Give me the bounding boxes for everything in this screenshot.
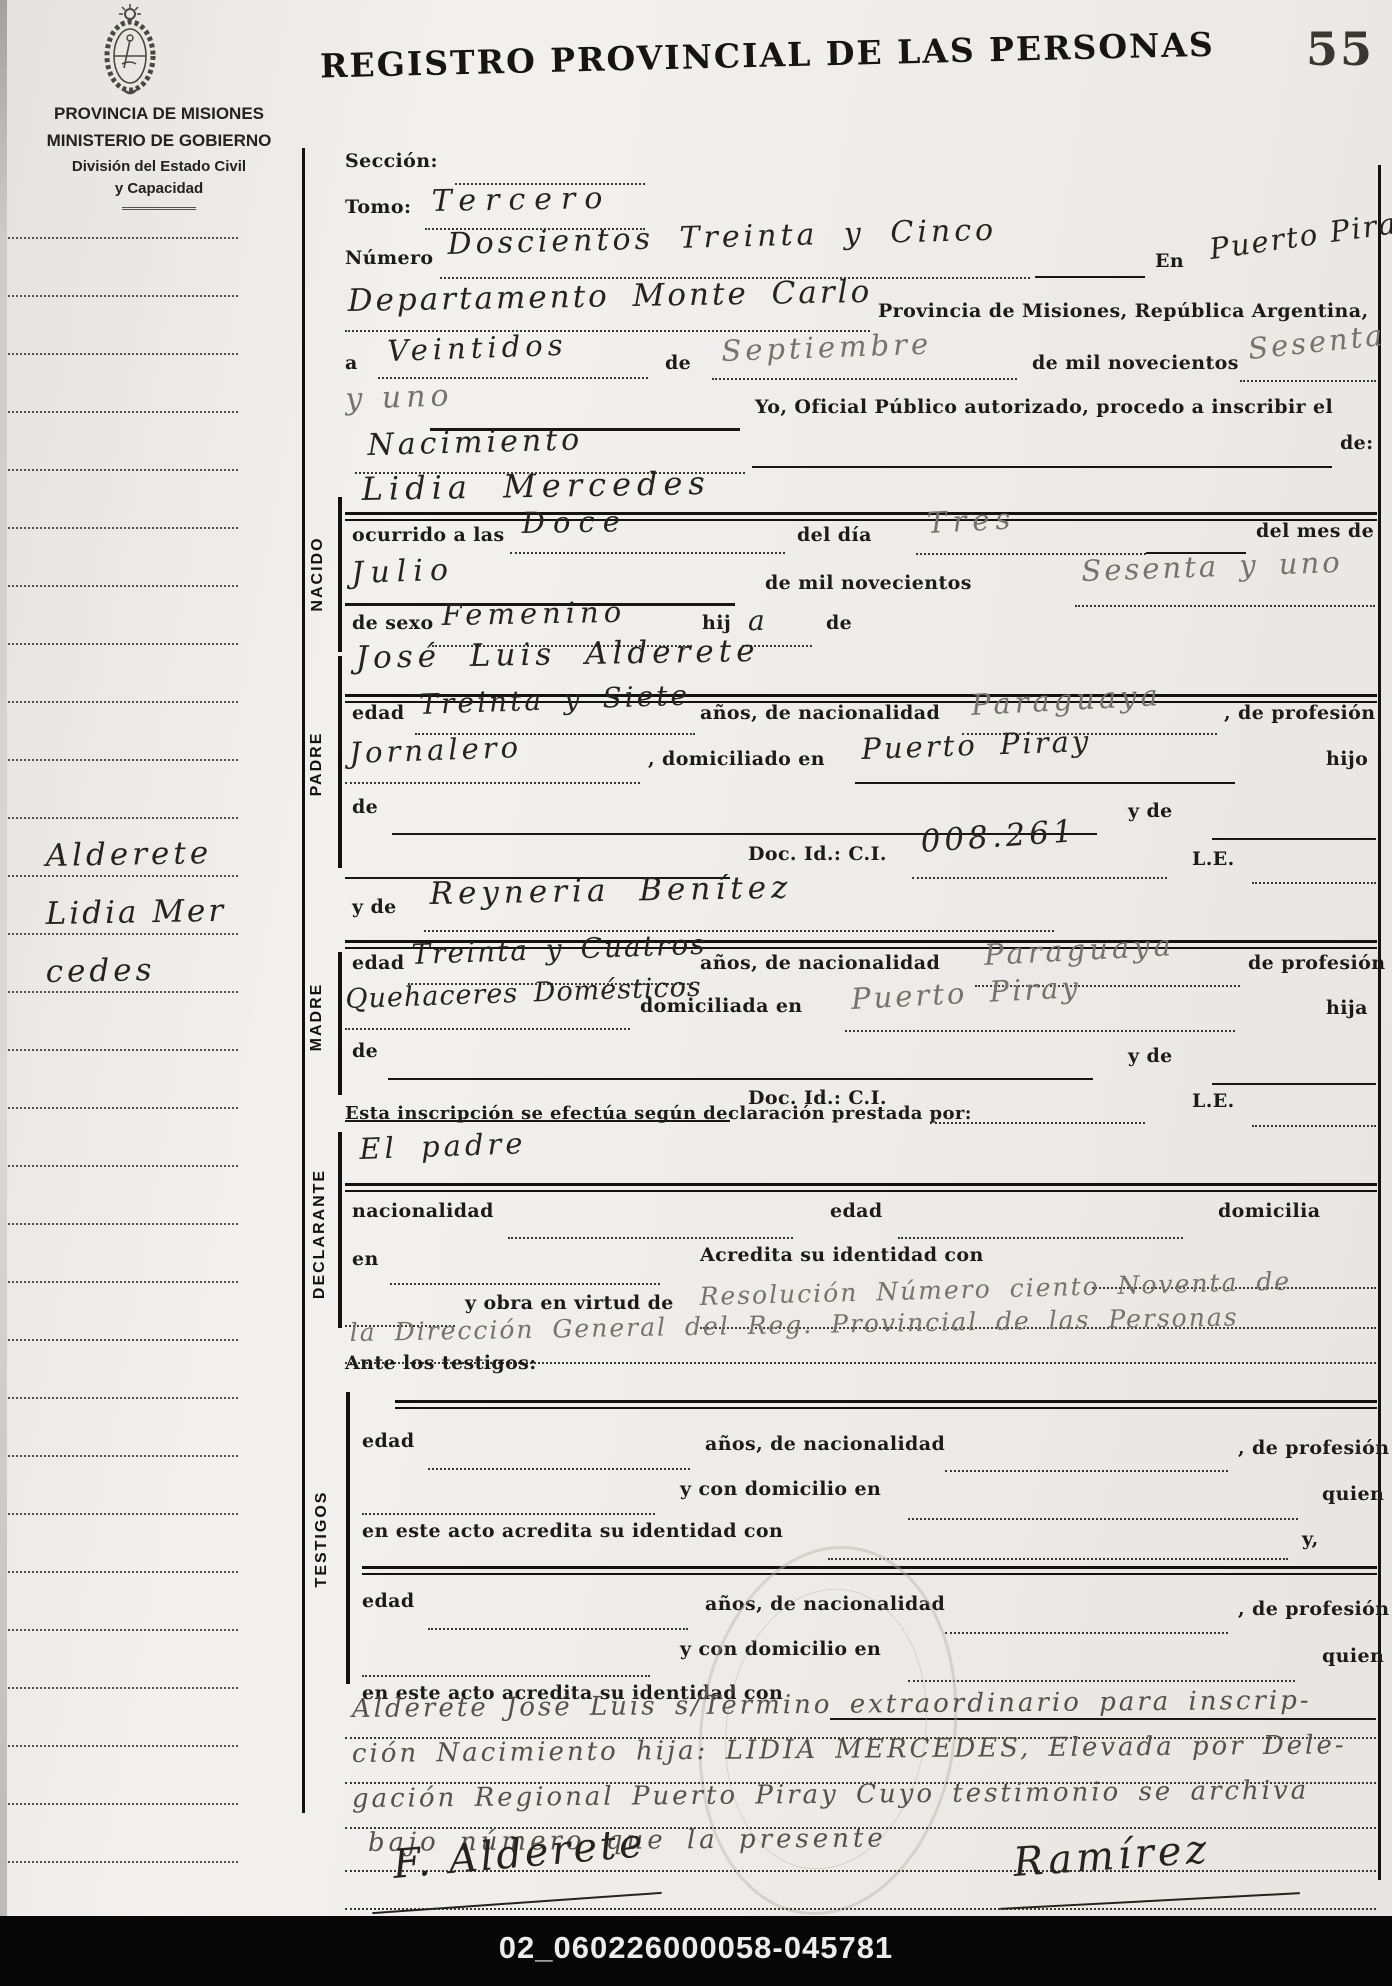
- declarante-edad-label: edad: [830, 1200, 883, 1222]
- padre-yde-label: y de: [1128, 800, 1173, 822]
- field-departamento-value: Departamento Monte Carlo: [347, 274, 872, 319]
- field-oficial-label: Yo, Oficial Público autorizado, procedo …: [755, 396, 1333, 418]
- blank-testigo1-edad: [428, 1468, 690, 1470]
- testigo1-nacionalidad-label: años, de nacionalidad: [705, 1433, 945, 1455]
- margin-dotted-line: [8, 1397, 238, 1399]
- signature-declarant-flourish: [372, 1892, 661, 1914]
- declarante-intro-label: Esta inscripción se efectúa según declar…: [345, 1103, 972, 1124]
- blank-mes: [712, 378, 1017, 380]
- blank-anio-nac: [1075, 605, 1375, 607]
- madre-section-label: MADRE: [308, 972, 326, 1062]
- testigo2-profesion-label: , de profesión: [1238, 1598, 1389, 1620]
- nacido-sexo-label: de sexo: [352, 612, 434, 634]
- blank-testigo1-nacionalidad: [945, 1470, 1228, 1472]
- field-acto-value: Nacimiento: [367, 422, 584, 463]
- padre-docid-label: Doc. Id.: C.I.: [748, 843, 887, 865]
- testigos-intro-label: Ante los testigos:: [345, 1352, 537, 1374]
- testigo1-y-label: y,: [1302, 1528, 1319, 1550]
- margin-dotted-line: [8, 1281, 238, 1283]
- declarante-section-label: DECLARANTE: [311, 1159, 329, 1309]
- field-seccion-label: Sección:: [345, 150, 438, 172]
- blank-testigo1-profesion: [362, 1513, 655, 1515]
- scan-footer-bar: 02_060226000058-045781: [0, 1916, 1392, 1986]
- sidebar-org-line1: PROVINCIA DE MISIONES: [14, 104, 304, 124]
- margin-dotted-line: [8, 991, 238, 993]
- field-numero-label: Número: [345, 247, 433, 269]
- margin-dotted-line: [8, 875, 238, 877]
- padre-section-label: PADRE: [308, 719, 326, 809]
- blank-testigo2-edad: [428, 1628, 688, 1630]
- form-right-border: [1378, 165, 1381, 1880]
- margin-dotted-line: [8, 353, 238, 355]
- blank-testigo2-profesion: [362, 1675, 650, 1677]
- margin-dotted-line: [8, 295, 238, 297]
- padre-nombre-value: José Luis Alderete: [355, 633, 759, 676]
- margin-dotted-line: [8, 1223, 238, 1225]
- declarante-domicilia-label: domicilia: [1218, 1200, 1320, 1222]
- field-nombre-value: Lidia Mercedes: [361, 464, 711, 508]
- testigo1-acredita-label: en este acto acredita su identidad con: [362, 1520, 783, 1542]
- field-a-label: a: [345, 352, 358, 374]
- declarante-virtud-label: y obra en virtud de: [465, 1292, 674, 1314]
- field-dia-value: Veintidos: [387, 328, 568, 368]
- rule-testigo1-nombre: [395, 1400, 1377, 1409]
- nacido-mes-value: Julio: [351, 552, 456, 591]
- field-anio2-value: y uno: [345, 378, 454, 417]
- field-numero-value: Doscientos Treinta y Cinco: [447, 213, 997, 262]
- field-tomo-label: Tomo:: [345, 196, 411, 218]
- form-left-border: [302, 148, 305, 1813]
- madre-domicilio-label: domiciliada en: [640, 995, 803, 1017]
- madre-yde2-label: y de: [1128, 1045, 1173, 1067]
- margin-dotted-line: [8, 933, 238, 935]
- nacido-ocurrido-label: ocurrido a las: [352, 524, 505, 546]
- margin-note-name2: cedes: [45, 952, 155, 990]
- field-tomo-value: Tercero: [431, 181, 611, 219]
- blank-testigo2-nacionalidad: [945, 1632, 1228, 1634]
- padre-domicilio-label: , domiciliado en: [648, 748, 825, 770]
- field-de-label-1: de: [665, 352, 691, 374]
- nacido-hij-label: hij: [702, 612, 731, 634]
- padre-nacionalidad-value: Paraguaya: [970, 678, 1162, 722]
- sidebar-org-line2: MINISTERIO DE GOBIERNO: [14, 131, 304, 151]
- margin-note-surname: Alderete: [45, 835, 212, 874]
- blank-madre-nombre: [424, 930, 1054, 932]
- madre-nacionalidad-value: Paraguaya: [983, 928, 1175, 972]
- madre-nacionalidad-label: años, de nacionalidad: [700, 952, 940, 974]
- nacido-sexo-value: Femenino: [441, 595, 626, 632]
- madre-nombre-value: Reyneria Benítez: [429, 870, 792, 912]
- blank-madre-profesion: [345, 1028, 630, 1030]
- margin-dotted-line: [8, 237, 238, 239]
- padre-section-bar: [338, 656, 342, 868]
- blank-anio: [1240, 380, 1376, 382]
- margin-dotted-line: [8, 817, 238, 819]
- field-anio-value: Sesenta: [1246, 318, 1387, 366]
- argentina-coat-of-arms: [88, 2, 172, 103]
- testigo1-edad-label: edad: [362, 1430, 415, 1452]
- nacido-section-label: NACIDO: [309, 524, 327, 624]
- blank-testigo1-domicilio: [908, 1518, 1298, 1520]
- folio-number: 55: [1306, 22, 1374, 76]
- blank-declarante-nacionalidad: [508, 1237, 793, 1239]
- testigo2-edad-label: edad: [362, 1590, 415, 1612]
- field-mes-value: Septiembre: [721, 327, 933, 368]
- scan-edge-shadow: [0, 0, 7, 1986]
- margin-dotted-line: [8, 527, 238, 529]
- page-title: REGISTRO PROVINCIAL DE LAS PERSONAS: [320, 29, 1021, 85]
- rule-declarante: [345, 1183, 1377, 1192]
- madre-hija-label: hija: [1326, 997, 1368, 1019]
- madre-edad-label: edad: [352, 952, 405, 974]
- margin-dotted-line: [8, 1165, 238, 1167]
- madre-profesion-label: de profesión: [1248, 952, 1385, 974]
- padre-edad-value: Treinta y Siete: [419, 679, 691, 721]
- blank-padre-ci: [912, 877, 1167, 879]
- testigos-section-label: TESTIGOS: [313, 1479, 331, 1599]
- field-provincia-label: Provincia de Misiones, República Argenti…: [878, 300, 1368, 322]
- rule-padre-abuelo2: [1212, 838, 1376, 840]
- margin-dotted-line: [8, 1803, 238, 1805]
- padre-profesion-label: , de profesión: [1224, 702, 1375, 724]
- nacido-deldia-label: del día: [797, 524, 872, 546]
- margin-dotted-line: [8, 1049, 238, 1051]
- scan-reference-code: 02_060226000058-045781: [0, 1930, 1392, 1966]
- testigo1-profesion-label: , de profesión: [1238, 1437, 1389, 1459]
- madre-yde-label: y de: [352, 896, 397, 918]
- blank-madre-domicilio: [845, 1030, 1235, 1032]
- rule-madre-abuelo2: [1212, 1083, 1376, 1085]
- margin-dotted-line: [8, 701, 238, 703]
- margin-dotted-line: [8, 759, 238, 761]
- blank-padre-profesion: [345, 782, 640, 784]
- rule-madre-abuelo1: [388, 1078, 1093, 1080]
- blank-declarante-edad: [898, 1237, 1183, 1239]
- annotation-rule5: [345, 1908, 1376, 1910]
- nacido-dia-value: Tres: [926, 501, 1017, 540]
- declarante-acredita-label: Acredita su identidad con: [700, 1244, 984, 1266]
- rule-numero: [1035, 276, 1145, 278]
- blank-hora: [510, 552, 785, 554]
- nacido-delmes-label: del mes de: [1256, 520, 1374, 542]
- sidebar-underline-ornament: [122, 207, 196, 210]
- margin-dotted-line: [8, 469, 238, 471]
- rule-acto: [752, 466, 1332, 468]
- blank-testigo1-acredita: [828, 1558, 1288, 1560]
- nacido-de-label: de: [826, 612, 852, 634]
- madre-section-bar: [338, 952, 342, 1095]
- field-demil-label: de mil novecientos: [1032, 352, 1239, 374]
- margin-dotted-line: [8, 411, 238, 413]
- testigo1-quien-label: quien: [1322, 1483, 1384, 1505]
- margin-dotted-line: [8, 1687, 238, 1689]
- margin-dotted-line: [8, 585, 238, 587]
- margin-dotted-line: [8, 643, 238, 645]
- field-lugar-value: Puerto Piray: [1207, 203, 1392, 266]
- testigos-section-bar: [346, 1392, 350, 1684]
- padre-nacionalidad-label: años, de nacionalidad: [700, 702, 940, 724]
- signature-official: Ramírez: [1012, 1826, 1212, 1886]
- blank-testigo2-domicilio: [908, 1680, 1295, 1682]
- declarante-section-bar: [338, 1132, 342, 1328]
- nacido-hora-value: Doce: [521, 504, 628, 540]
- madre-le-label: L.E.: [1192, 1090, 1235, 1112]
- sidebar-org-line3: División del Estado Civil: [14, 158, 304, 175]
- margin-dotted-line: [8, 1455, 238, 1457]
- declarante-en-label: en: [352, 1248, 379, 1270]
- margin-dotted-line: [8, 1339, 238, 1341]
- margin-dotted-line: [8, 1571, 238, 1573]
- padre-profesion-value: Jornalero: [349, 730, 523, 770]
- padre-de-label: de: [352, 796, 378, 818]
- testigo1-domicilio-label: y con domicilio en: [680, 1478, 881, 1500]
- margin-note-name1: Lidia Mer: [45, 893, 226, 932]
- sidebar-org-line4: y Capacidad: [14, 180, 304, 197]
- testigo2-quien-label: quien: [1322, 1645, 1384, 1667]
- margin-dotted-line: [8, 1107, 238, 1109]
- margin-dotted-line: [8, 1745, 238, 1747]
- rule-padre-domicilio: [855, 782, 1235, 784]
- blank-madre-le: [1252, 1125, 1376, 1127]
- declarante-value: El padre: [359, 1126, 527, 1166]
- madre-edad-value: Treinta y Cuatros: [411, 928, 707, 971]
- padre-edad-label: edad: [352, 702, 405, 724]
- padre-hijo-label: hijo: [1326, 748, 1368, 770]
- blank-declarante-en: [390, 1283, 660, 1285]
- declarante-nacionalidad-label: nacionalidad: [352, 1200, 494, 1222]
- padre-ci-value: 008.261: [919, 813, 1077, 860]
- birth-certificate-page: REGISTRO PROVINCIAL DE LAS PERSONAS 55 P…: [0, 0, 1392, 1986]
- field-decolon-label: de:: [1340, 432, 1374, 454]
- margin-dotted-line: [8, 1629, 238, 1631]
- nacido-anio-value: Sesenta y uno: [1081, 545, 1343, 588]
- rule-nombre: [345, 512, 1377, 521]
- margin-dotted-line: [8, 1513, 238, 1515]
- margin-dotted-line: [8, 1861, 238, 1863]
- blank-padre-le: [1252, 882, 1376, 884]
- padre-le-label: L.E.: [1192, 848, 1235, 870]
- nacido-section-bar: [338, 497, 342, 652]
- madre-de-label: de: [352, 1040, 378, 1062]
- nacido-demil-label: de mil novecientos: [765, 572, 972, 594]
- field-en-label: En: [1155, 250, 1184, 272]
- padre-domicilio-value: Puerto Piray: [861, 724, 1092, 766]
- madre-domicilio-value: Puerto Piray: [850, 970, 1081, 1016]
